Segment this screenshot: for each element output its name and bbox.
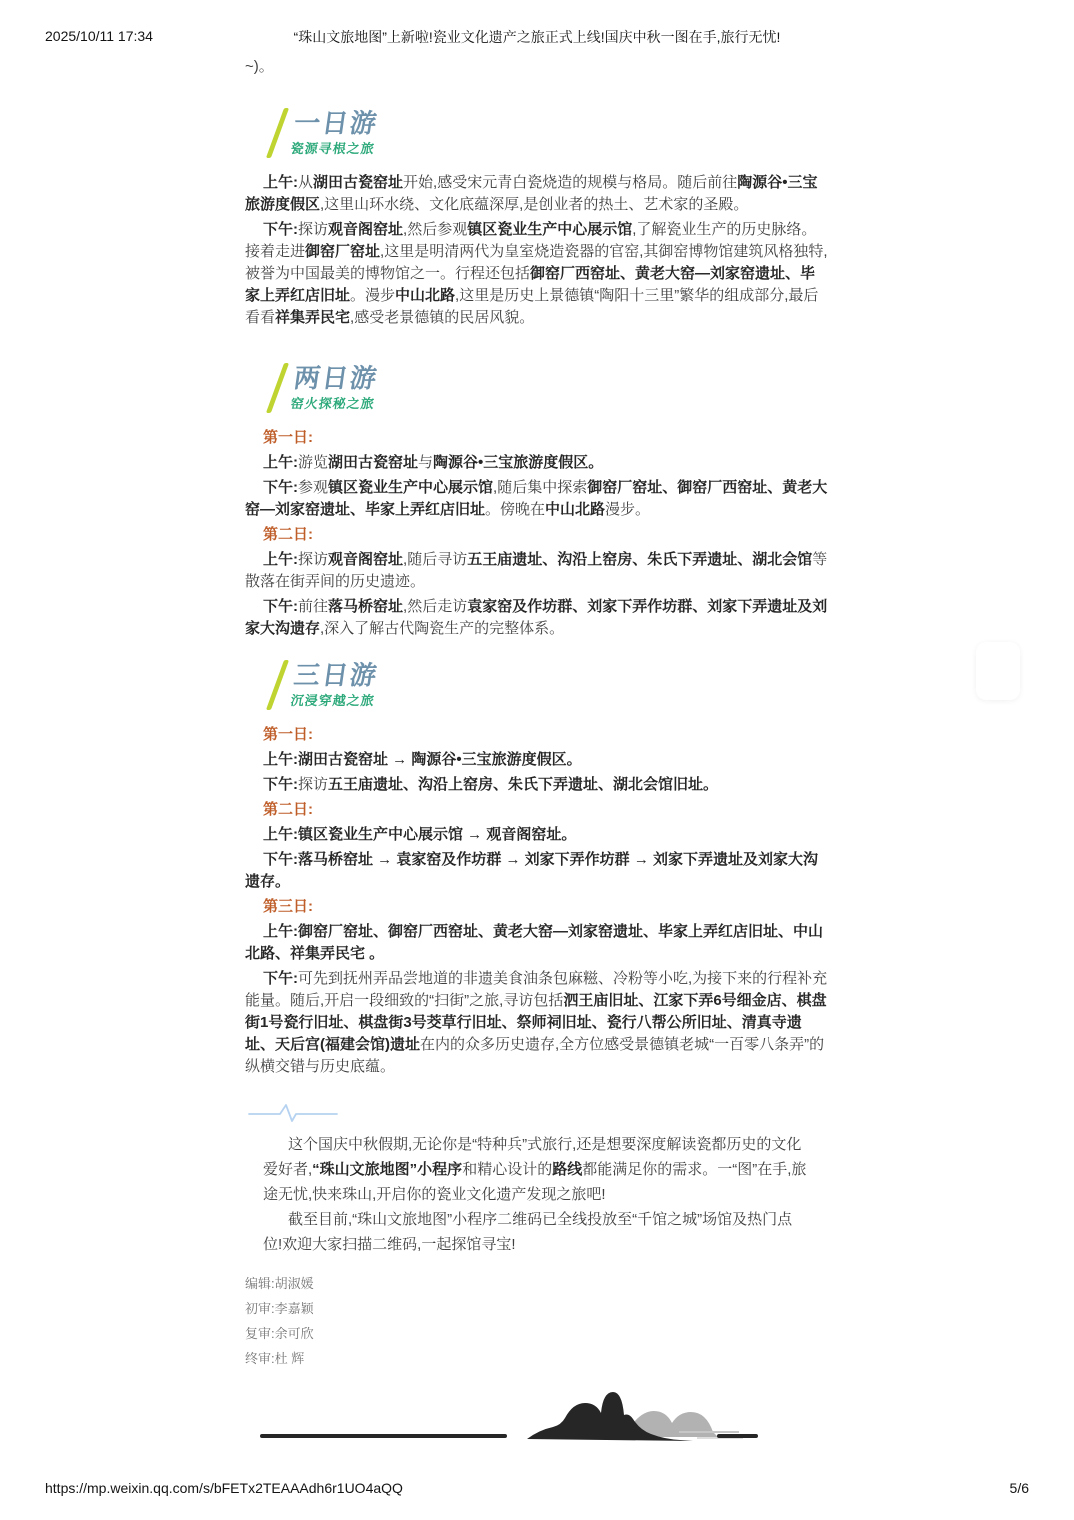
bold-text: 下午: bbox=[263, 970, 298, 987]
bold-text: 湖田古瓷窑址 bbox=[313, 174, 403, 191]
bold-text: 上午: bbox=[263, 923, 298, 940]
itinerary-paragraph: 下午:可先到抚州弄品尝地道的非遗美食油条包麻糍、冷粉等小吃,为接下来的行程补充能… bbox=[245, 968, 829, 1078]
bold-text: 观音阁窑址 bbox=[328, 221, 403, 238]
section-title: 三日游 bbox=[292, 660, 380, 690]
itinerary-paragraph: 上午:湖田古瓷窑址 → 陶源谷•三宝旅游度假区。 bbox=[245, 749, 829, 771]
section-content: 第一日:上午:湖田古瓷窑址 → 陶源谷•三宝旅游度假区。下午:探访五王庙遗址、沟… bbox=[245, 724, 829, 1078]
bold-text: 上午: bbox=[263, 551, 298, 568]
text: ,随后集中探索 bbox=[493, 479, 587, 496]
section-one-day-tour: 一日游 瓷源寻根之旅 上午:从湖田古瓷窑址开始,感受宋元青白瓷烧造的规模与格局。… bbox=[245, 108, 829, 329]
bold-text: 御窑厂窑址、御窑厂西窑址、黄老大窑—刘家窑遗址、毕家上弄红店旧址、中山北路、祥集… bbox=[245, 923, 823, 962]
section-content: 上午:从湖田古瓷窑址开始,感受宋元青白瓷烧造的规模与格局。随后前往陶源谷•三宝旅… bbox=[245, 172, 829, 329]
text: 参观 bbox=[298, 479, 328, 496]
section-subtitle: 瓷源寻根之旅 bbox=[290, 140, 376, 157]
page-number: 5/6 bbox=[1010, 1480, 1029, 1496]
credit-second-review: 复审:余可欣 bbox=[245, 1321, 829, 1346]
bold-text: 路线 bbox=[552, 1161, 582, 1178]
day-label: 第二日: bbox=[245, 524, 829, 546]
text: 。漫步 bbox=[350, 287, 395, 304]
section-header: 三日游 沉浸穿越之旅 bbox=[275, 660, 829, 710]
bold-text: 五王庙遗址、沟沿上窑房、朱氏下弄遗址、湖北会馆 bbox=[467, 551, 812, 568]
text: ,深入了解古代陶瓷生产的完整体系。 bbox=[320, 620, 564, 637]
bold-text: 观音阁窑址 bbox=[328, 551, 403, 568]
print-header: 2025/10/11 17:34 “珠山文旅地图”上新啦!瓷业文化遗产之旅正式上… bbox=[45, 28, 1029, 46]
bold-text: 落马桥窑址 → 袁家窑及作坊群 → 刘家下弄作坊群 → 刘家下弄遗址及刘家大沟遗… bbox=[245, 851, 818, 890]
credit-first-review: 初审:李嘉颖 bbox=[245, 1296, 829, 1321]
day-label: 第一日: bbox=[245, 724, 829, 746]
bold-text: 上午: bbox=[263, 751, 298, 768]
text: 截至目前,“珠山文旅地图”小程序二维码已全线投放至“千馆之城”场馆及热门点位!欢… bbox=[263, 1211, 792, 1253]
day-label: 第一日: bbox=[245, 427, 829, 449]
bold-text: 御窑厂窑址 bbox=[305, 243, 380, 260]
closing-paragraph: 截至目前,“珠山文旅地图”小程序二维码已全线投放至“千馆之城”场馆及热门点位!欢… bbox=[263, 1207, 811, 1257]
itinerary-paragraph: 下午:落马桥窑址 → 袁家窑及作坊群 → 刘家下弄作坊群 → 刘家下弄遗址及刘家… bbox=[245, 849, 829, 893]
credit-final-review: 终审:杜 辉 bbox=[245, 1346, 829, 1371]
bold-text: 镇区瓷业生产中心展示馆 → 观音阁窑址。 bbox=[298, 826, 576, 843]
text: 开始,感受宋元青白瓷烧造的规模与格局。随后前往 bbox=[403, 174, 737, 191]
section-three-day-tour: 三日游 沉浸穿越之旅 第一日:上午:湖田古瓷窑址 → 陶源谷•三宝旅游度假区。下… bbox=[245, 660, 829, 1078]
bold-text: 下午: bbox=[263, 598, 298, 615]
bold-text: 中山北路 bbox=[545, 501, 605, 518]
bold-text: 下午: bbox=[263, 776, 298, 793]
slash-icon bbox=[266, 660, 289, 710]
section-titles: 三日游 沉浸穿越之旅 bbox=[292, 660, 376, 710]
pulse-divider-icon bbox=[247, 1100, 829, 1126]
bold-text: 上午: bbox=[263, 454, 298, 471]
text: 与 bbox=[418, 454, 433, 471]
closing-block: 这个国庆中秋假期,无论你是“特种兵”式旅行,还是想要深度解读瓷都历史的文化爱好者… bbox=[263, 1132, 811, 1257]
text: 探访 bbox=[298, 221, 328, 238]
print-footer: https://mp.weixin.qq.com/s/bFETx2TEAAAdh… bbox=[45, 1480, 1029, 1496]
itinerary-paragraph: 上午:探访观音阁窑址,随后寻访五王庙遗址、沟沿上窑房、朱氏下弄遗址、湖北会馆等散… bbox=[245, 549, 829, 593]
itinerary-paragraph: 下午:参观镇区瓷业生产中心展示馆,随后集中探索御窑厂窑址、御窑厂西窑址、黄老大窑… bbox=[245, 477, 829, 521]
text: ,随后寻访 bbox=[403, 551, 467, 568]
text: 从 bbox=[298, 174, 313, 191]
slash-icon bbox=[266, 363, 289, 413]
section-header: 两日游 窑火探秘之旅 bbox=[275, 363, 829, 413]
itinerary-paragraph: 上午:游览湖田古瓷窑址与陶源谷•三宝旅游度假区。 bbox=[245, 452, 829, 474]
bold-text: 下午: bbox=[263, 479, 298, 496]
day-label: 第二日: bbox=[245, 799, 829, 821]
bold-text: 中山北路 bbox=[395, 287, 455, 304]
credit-editor: 编辑:胡淑媛 bbox=[245, 1271, 829, 1296]
text: ,然后参观 bbox=[403, 221, 467, 238]
bold-text: 镇区瓷业生产中心展示馆 bbox=[467, 221, 632, 238]
text: ,感受老景德镇的民居风貌。 bbox=[350, 309, 534, 326]
bold-text: 五王庙遗址、沟沿上窑房、朱氏下弄遗址、湖北会馆旧址。 bbox=[328, 776, 718, 793]
closing-paragraph: 这个国庆中秋假期,无论你是“特种兵”式旅行,还是想要深度解读瓷都历史的文化爱好者… bbox=[263, 1132, 811, 1207]
text: ,这里山环水绕、文化底蕴深厚,是创业者的热土、艺术家的圣殿。 bbox=[320, 196, 748, 213]
section-titles: 一日游 瓷源寻根之旅 bbox=[292, 108, 376, 158]
itinerary-paragraph: 下午:前往落马桥窑址,然后走访袁家窑及作坊群、刘家下弄作坊群、刘家下弄遗址及刘家… bbox=[245, 596, 829, 640]
itinerary-paragraph: 上午:镇区瓷业生产中心展示馆 → 观音阁窑址。 bbox=[245, 824, 829, 846]
bold-text: 陶源谷•三宝旅游度假区。 bbox=[433, 454, 603, 471]
text: 游览 bbox=[298, 454, 328, 471]
itinerary-paragraph: 下午:探访观音阁窑址,然后参观镇区瓷业生产中心展示馆,了解瓷业生产的历史脉络。接… bbox=[245, 219, 829, 329]
text: 前往 bbox=[298, 598, 328, 615]
document-title: “珠山文旅地图”上新啦!瓷业文化遗产之旅正式上线!国庆中秋一图在手,旅行无忧! bbox=[45, 28, 1029, 46]
carryover-text-fragment: ~)。 bbox=[245, 56, 829, 78]
bold-text: 下午: bbox=[263, 221, 298, 238]
bold-text: “珠山文旅地图”小程序 bbox=[312, 1161, 462, 1178]
bold-text: 湖田古瓷窑址 bbox=[328, 454, 418, 471]
text: ,然后走访 bbox=[403, 598, 467, 615]
section-two-day-tour: 两日游 窑火探秘之旅 第一日:上午:游览湖田古瓷窑址与陶源谷•三宝旅游度假区。下… bbox=[245, 363, 829, 640]
mountains-graphic bbox=[259, 1383, 829, 1452]
article-body: ~)。 一日游 瓷源寻根之旅 上午:从湖田古瓷窑址开始,感受宋元青白瓷烧造的规模… bbox=[245, 0, 829, 1452]
day-label: 第三日: bbox=[245, 896, 829, 918]
bold-text: 下午: bbox=[263, 851, 298, 868]
section-subtitle: 窑火探秘之旅 bbox=[290, 395, 376, 412]
printed-article-page: 2025/10/11 17:34 “珠山文旅地图”上新啦!瓷业文化遗产之旅正式上… bbox=[0, 0, 1074, 1520]
credits-block: 编辑:胡淑媛 初审:李嘉颖 复审:余可欣 终审:杜 辉 bbox=[245, 1271, 829, 1371]
bold-text: 湖田古瓷窑址 → 陶源谷•三宝旅游度假区。 bbox=[298, 751, 582, 768]
bold-text: 上午: bbox=[263, 826, 298, 843]
section-title: 两日游 bbox=[292, 363, 380, 393]
slash-icon bbox=[266, 108, 289, 158]
text: 漫步。 bbox=[605, 501, 650, 518]
text: 和精心设计的 bbox=[462, 1161, 552, 1178]
section-title: 一日游 bbox=[292, 108, 380, 138]
section-titles: 两日游 窑火探秘之旅 bbox=[292, 363, 376, 413]
section-header: 一日游 瓷源寻根之旅 bbox=[275, 108, 829, 158]
section-content: 第一日:上午:游览湖田古瓷窑址与陶源谷•三宝旅游度假区。下午:参观镇区瓷业生产中… bbox=[245, 427, 829, 640]
bold-text: 祥集弄民宅 bbox=[275, 309, 350, 326]
itinerary-paragraph: 上午:御窑厂窑址、御窑厂西窑址、黄老大窑—刘家窑遗址、毕家上弄红店旧址、中山北路… bbox=[245, 921, 829, 965]
text: 探访 bbox=[298, 776, 328, 793]
print-timestamp: 2025/10/11 17:34 bbox=[45, 28, 153, 44]
bold-text: 上午: bbox=[263, 174, 298, 191]
section-subtitle: 沉浸穿越之旅 bbox=[290, 692, 376, 709]
bold-text: 落马桥窑址 bbox=[328, 598, 403, 615]
source-url: https://mp.weixin.qq.com/s/bFETx2TEAAAdh… bbox=[45, 1480, 403, 1496]
itinerary-paragraph: 下午:探访五王庙遗址、沟沿上窑房、朱氏下弄遗址、湖北会馆旧址。 bbox=[245, 774, 829, 796]
text: 。傍晚在 bbox=[485, 501, 545, 518]
bold-text: 镇区瓷业生产中心展示馆 bbox=[328, 479, 493, 496]
itinerary-paragraph: 上午:从湖田古瓷窑址开始,感受宋元青白瓷烧造的规模与格局。随后前往陶源谷•三宝旅… bbox=[245, 172, 829, 216]
floating-widget[interactable] bbox=[976, 642, 1020, 700]
text: 探访 bbox=[298, 551, 328, 568]
